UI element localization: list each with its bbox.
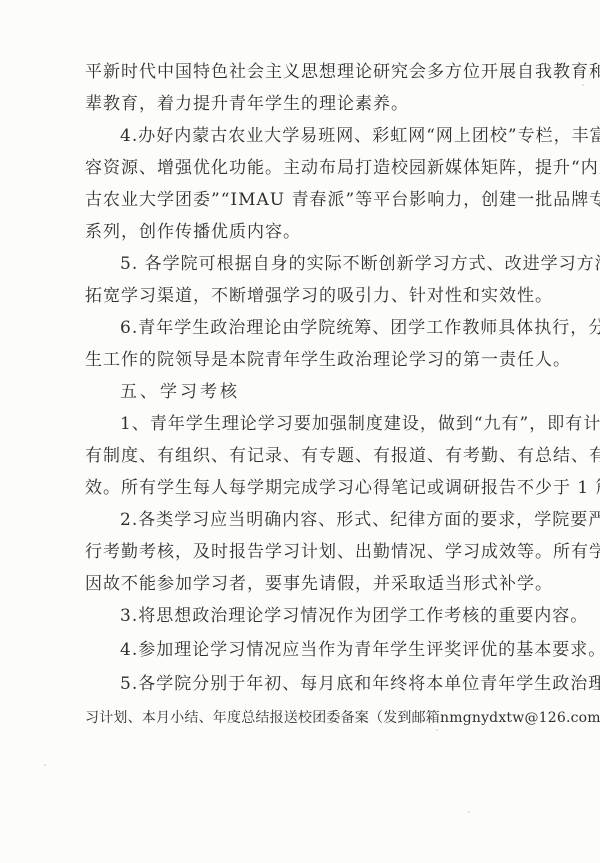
scan-speck xyxy=(44,764,46,766)
assessment-item-4-line: 4.参加理论学习情况应当作为青年学生评奖评优的基本要求。 xyxy=(120,638,517,662)
assessment-item-2-line: 因故不能参加学习者，要事先请假，并采取适当形式补学。 xyxy=(85,572,517,596)
paragraph-line: 平新时代中国特色社会主义思想理论研究会多方位开展自我教育和朋 xyxy=(85,60,517,84)
assessment-item-1-line: 效。所有学生每人每学期完成学习心得笔记或调研报告不少于 1 篇。 xyxy=(85,476,517,500)
scan-speck xyxy=(436,729,438,731)
list-item-4-line: 系列，创作传播优质内容。 xyxy=(85,220,517,244)
document-page: 平新时代中国特色社会主义思想理论研究会多方位开展自我教育和朋 辈教育，着力提升青… xyxy=(0,0,600,863)
assessment-item-3-line: 3.将思想政治理论学习情况作为团学工作考核的重要内容。 xyxy=(120,604,517,628)
list-item-4-line: 古农业大学团委”“IMAU 青春派”等平台影响力，创建一批品牌专栏 xyxy=(85,188,517,212)
list-item-6-line: 生工作的院领导是本院青年学生政治理论学习的第一责任人。 xyxy=(85,348,517,372)
list-item-6-line: 6.青年学生政治理论由学院统筹、团学工作教师具体执行，分管学 xyxy=(120,316,517,340)
list-item-5-line: 5. 各学院可根据自身的实际不断创新学习方式、改进学习方法、 xyxy=(120,252,517,276)
scan-speck xyxy=(582,84,584,86)
assessment-item-5-line: 5.各学院分别于年初、每月底和年终将本单位青年学生政治理论学 xyxy=(120,672,517,696)
section-heading: 五、学习考核 xyxy=(120,380,517,404)
paragraph-line: 辈教育，着力提升青年学生的理论素养。 xyxy=(85,92,517,116)
scan-speck xyxy=(468,811,470,813)
assessment-item-1-line: 有制度、有组织、有记录、有专题、有报道、有考勤、有总结、有成 xyxy=(85,444,517,468)
assessment-item-5-line: 习计划、本月小结、年度总结报送校团委备案（发到邮箱nmgnydxtw@126.c… xyxy=(85,706,517,730)
assessment-item-2-line: 行考勤考核，及时报告学习计划、出勤情况、学习成效等。所有学生 xyxy=(85,540,517,564)
assessment-item-1-line: 1、青年学生理论学习要加强制度建设，做到“九有”，即有计划、 xyxy=(120,412,517,436)
list-item-5-line: 拓宽学习渠道，不断增强学习的吸引力、针对性和实效性。 xyxy=(85,284,517,308)
list-item-4-line: 容资源、增强优化功能。主动布局打造校园新媒体矩阵，提升“内蒙 xyxy=(85,156,517,180)
list-item-4-line: 4.办好内蒙古农业大学易班网、彩虹网“网上团校”专栏，丰富内 xyxy=(120,124,517,148)
assessment-item-2-line: 2.各类学习应当明确内容、形式、纪律方面的要求，学院要严格进 xyxy=(120,508,517,532)
